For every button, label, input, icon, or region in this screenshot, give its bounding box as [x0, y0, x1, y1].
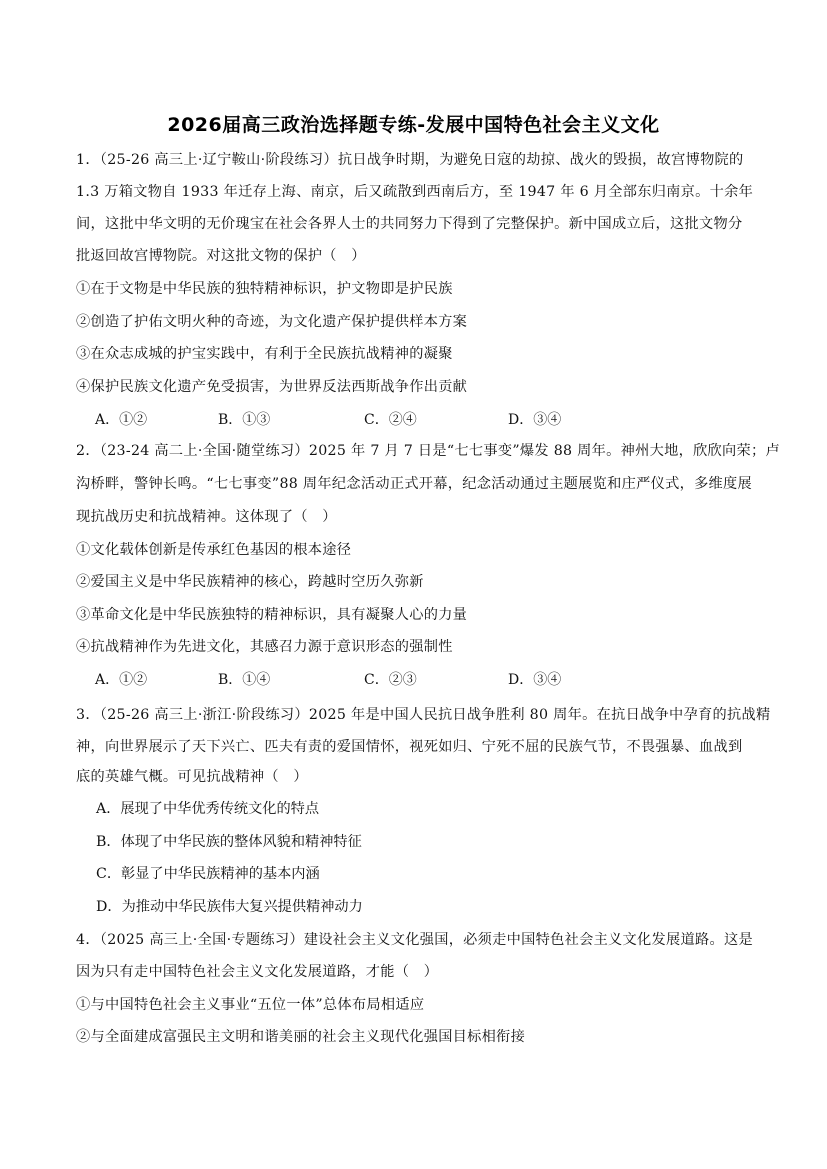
option-c[interactable]: C．②③	[364, 670, 417, 690]
question-stem-line: 3．（25-26 高三上·浙江·阶段练习）2025 年是中国人民抗日战争胜利 8…	[76, 705, 756, 725]
option-c[interactable]: C．②④	[364, 410, 417, 430]
statement-1: ①与中国特色社会主义事业“五位一体”总体布局相适应	[76, 995, 756, 1015]
statement-3: ③在众志成城的护宝实践中，有利于全民族抗战精神的凝聚	[76, 344, 756, 364]
question-stem-line: 神，向世界展示了天下兴亡、匹夫有责的爱国情怀，视死如归、宁死不屈的民族气节，不畏…	[76, 737, 756, 757]
options-row: A．①② B．①③ C．②④ D．③④	[0, 410, 827, 430]
question-stem-line: 因为只有走中国特色社会主义文化发展道路，才能（ ）	[76, 962, 756, 982]
option-a[interactable]: A．展现了中华优秀传统文化的特点	[96, 799, 319, 819]
question-stem-line: 底的英雄气概。可见抗战精神（ ）	[76, 767, 756, 787]
option-a[interactable]: A．①②	[95, 670, 147, 690]
option-c[interactable]: C．彰显了中华民族精神的基本内涵	[96, 864, 320, 884]
question-stem-line: 4．（2025 高三上·全国·专题练习）建设社会主义文化强国，必须走中国特色社会…	[76, 930, 756, 950]
option-a[interactable]: A．①②	[95, 410, 147, 430]
statement-2: ②爱国主义是中华民族精神的核心，跨越时空历久弥新	[76, 572, 756, 592]
option-d[interactable]: D．③④	[508, 410, 561, 430]
document-title: 2026届高三政治选择题专练-发展中国特色社会主义文化	[0, 110, 827, 137]
statement-3: ③革命文化是中华民族独特的精神标识，具有凝聚人心的力量	[76, 605, 756, 625]
question-stem-line: 批返回故宫博物院。对这批文物的保护（ ）	[76, 246, 756, 266]
statement-4: ④保护民族文化遗产免受损害，为世界反法西斯战争作出贡献	[76, 377, 756, 397]
question-stem-line: 1.3 万箱文物自 1933 年迁存上海、南京，后又疏散到西南后方，至 1947…	[76, 182, 756, 202]
question-stem-line: 2．（23-24 高二上·全国·随堂练习）2025 年 7 月 7 日是“七七事…	[76, 441, 756, 461]
options-row: A．①② B．①④ C．②③ D．③④	[0, 670, 827, 690]
option-b[interactable]: B．体现了中华民族的整体风貌和精神特征	[96, 832, 362, 852]
question-stem-line: 1．（25-26 高三上·辽宁鞍山·阶段练习）抗日战争时期，为避免日寇的劫掠、战…	[76, 150, 756, 170]
document-page: 2026届高三政治选择题专练-发展中国特色社会主义文化 1．（25-26 高三上…	[0, 0, 827, 1169]
option-b[interactable]: B．①④	[218, 670, 270, 690]
question-stem-line: 间，这批中华文明的无价瑰宝在社会各界人士的共同努力下得到了完整保护。新中国成立后…	[76, 214, 756, 234]
statement-4: ④抗战精神作为先进文化，其感召力源于意识形态的强制性	[76, 637, 756, 657]
question-stem-line: 沟桥畔，警钟长鸣。“七七事变”88 周年纪念活动正式开幕，纪念活动通过主题展览和…	[76, 474, 756, 494]
question-stem-line: 现抗战历史和抗战精神。这体现了（ ）	[76, 507, 756, 527]
option-d[interactable]: D．为推动中华民族伟大复兴提供精神动力	[96, 897, 363, 917]
statement-2: ②与全面建成富强民主文明和谐美丽的社会主义现代化强国目标相衔接	[76, 1027, 756, 1047]
option-d[interactable]: D．③④	[508, 670, 561, 690]
option-b[interactable]: B．①③	[218, 410, 270, 430]
statement-1: ①文化载体创新是传承红色基因的根本途径	[76, 540, 756, 560]
statement-1: ①在于文物是中华民族的独特精神标识，护文物即是护民族	[76, 279, 756, 299]
statement-2: ②创造了护佑文明火种的奇迹，为文化遗产保护提供样本方案	[76, 312, 756, 332]
